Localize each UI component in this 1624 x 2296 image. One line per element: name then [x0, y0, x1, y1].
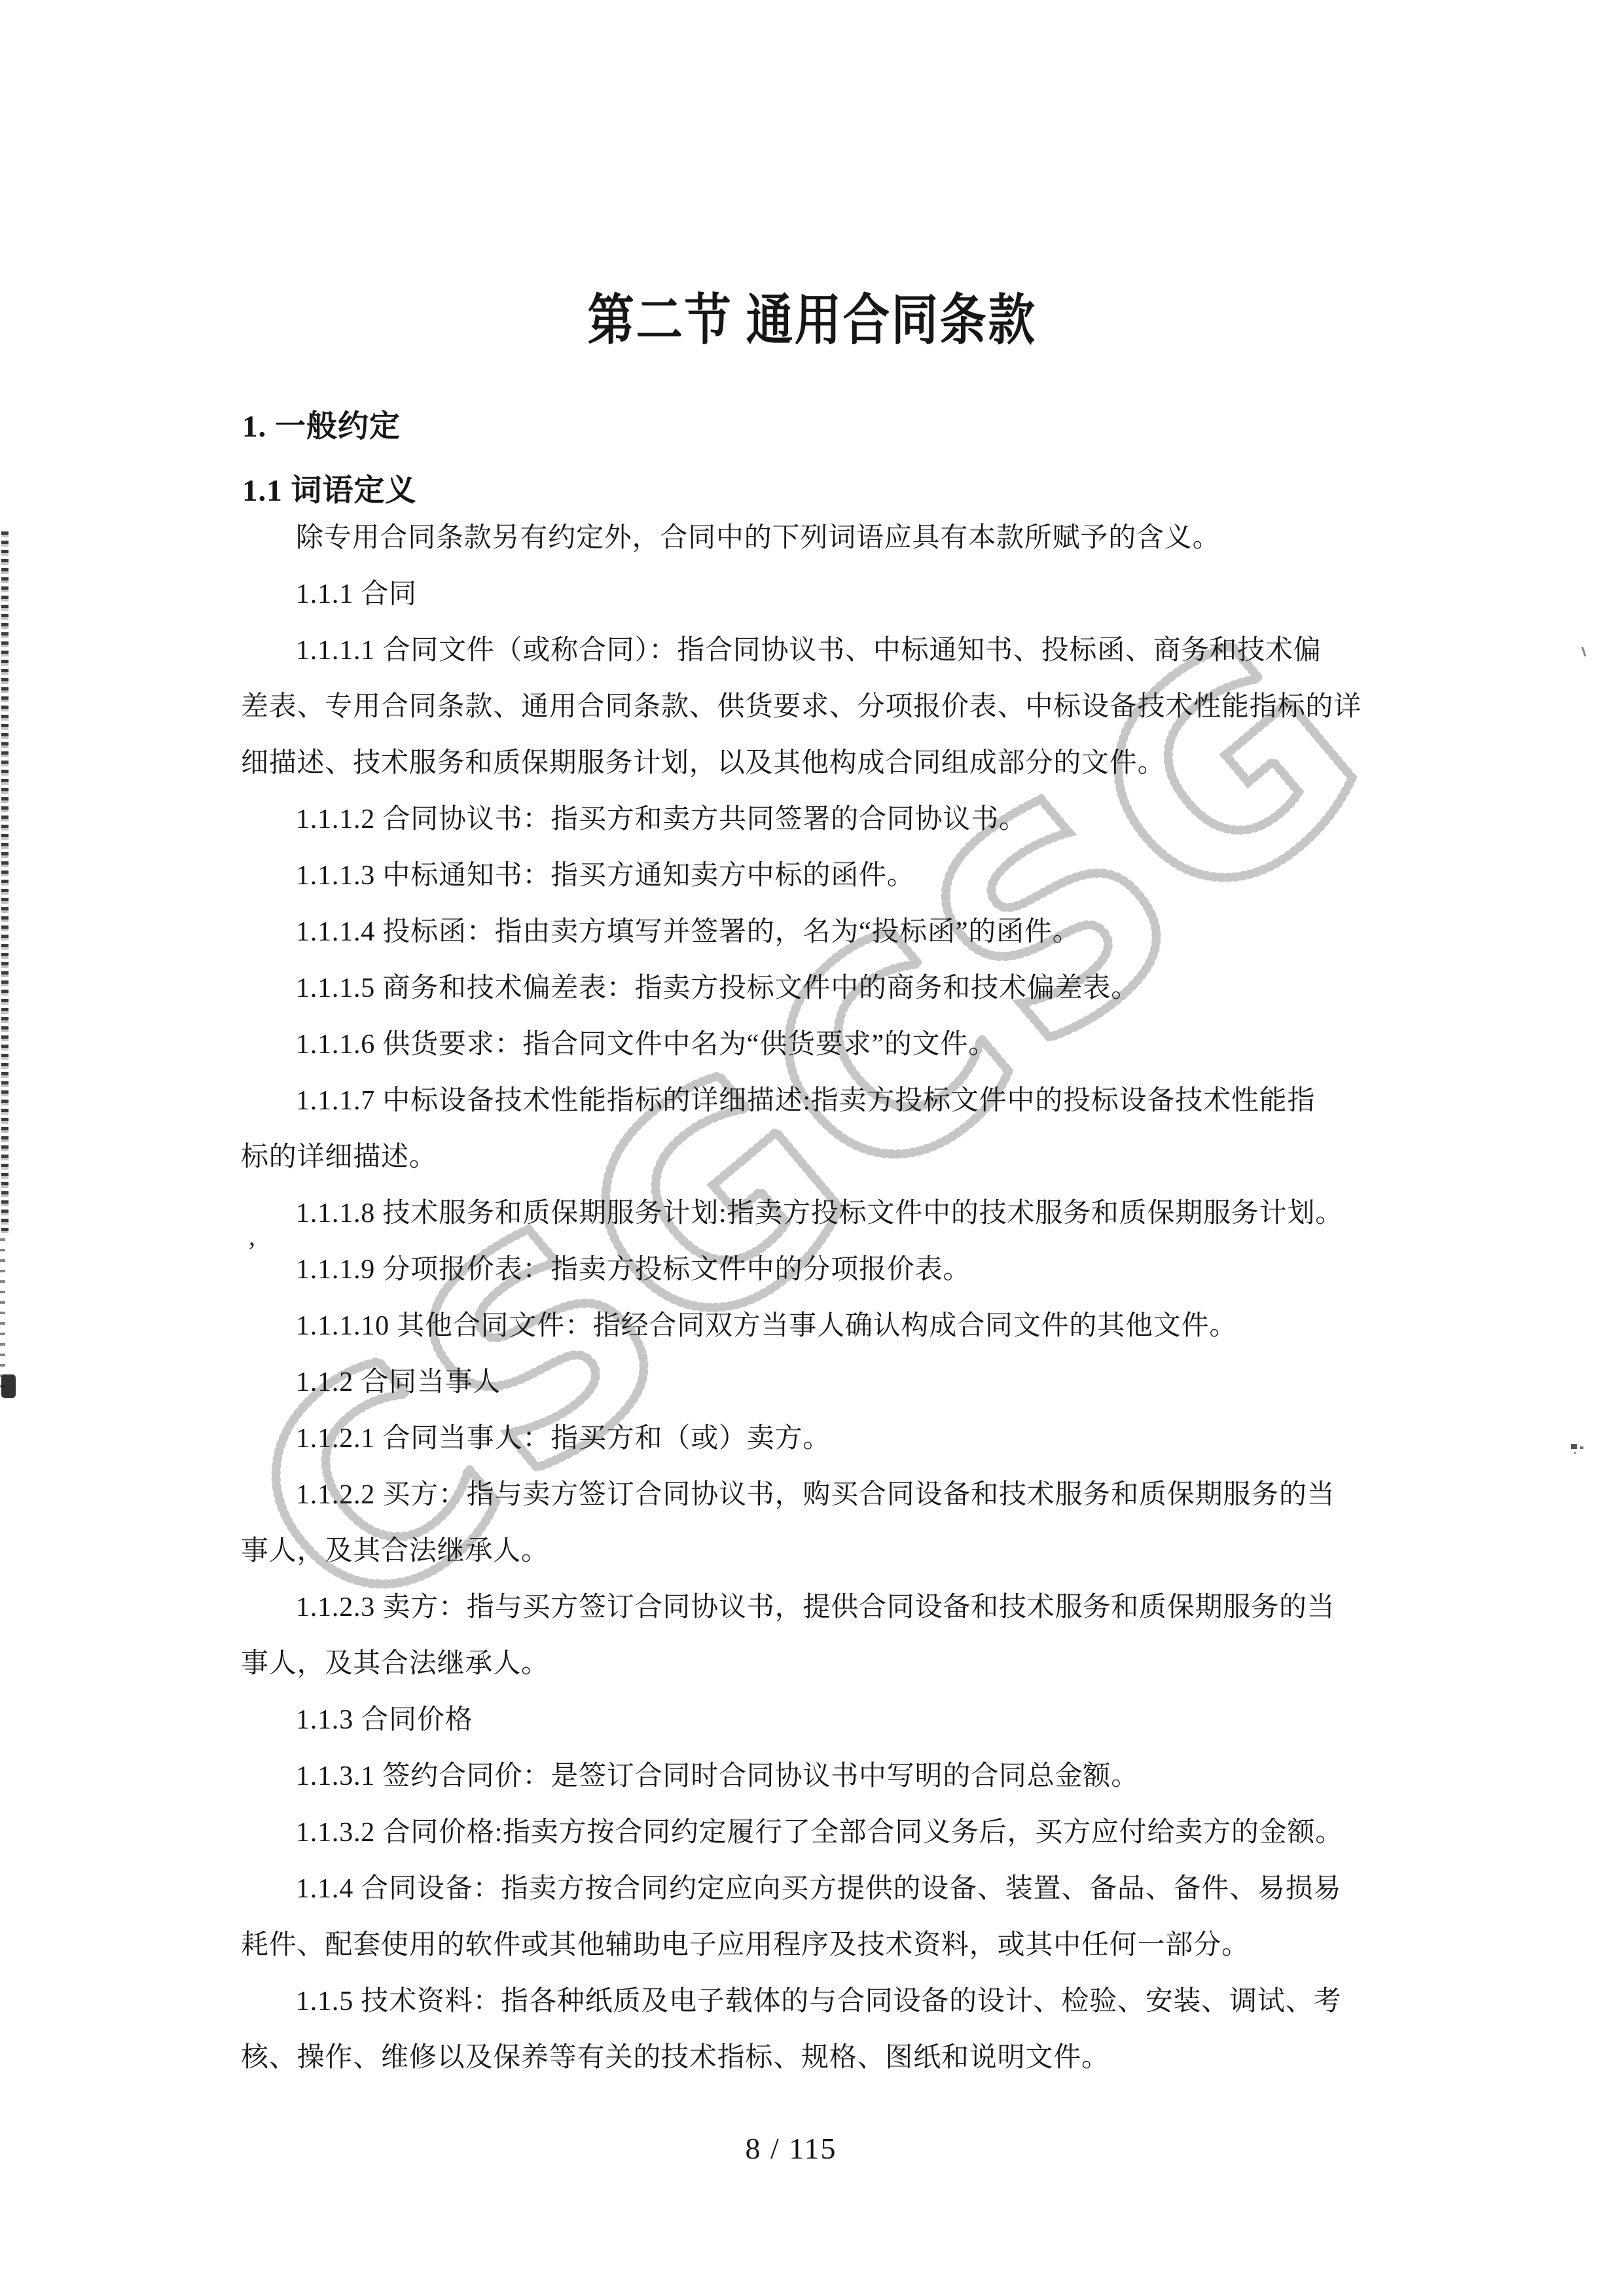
text-line: 1.1.2 合同当事人 [241, 1364, 501, 1401]
scan-edge-artifact [0, 1238, 5, 1394]
document-body: 除专用合同条款另有约定外，合同中的下列词语应具有本款所赋予的含义。1.1.1 合… [0, 0, 1624, 2296]
text-line: 除专用合同条款另有约定外，合同中的下列词语应具有本款所赋予的含义。 [241, 520, 1220, 556]
text-line: 1.1.1.6 供货要求：指合同文件中名为“供货要求”的文件。 [241, 1026, 996, 1063]
text-line: 耗件、配套使用的软件或其他辅助电子应用程序及技术资料，或其中任何一部分。 [241, 1927, 1250, 1964]
text-line: 1.1.2.3 卖方：指与买方签订合同协议书，提供合同设备和技术服务和质保期服务… [241, 1589, 1335, 1626]
text-line: 1.1.1.5 商务和技术偏差表：指卖方投标文件中的商务和技术偏差表。 [241, 970, 1139, 1007]
text-line: 核、操作、维修以及保养等有关的技术指标、规格、图纸和说明文件。 [241, 2039, 1110, 2076]
text-line: 1.1.1 合同 [241, 576, 417, 613]
text-line: 1.1.2.2 买方：指与卖方签订合同协议书，购买合同设备和技术服务和质保期服务… [241, 1477, 1335, 1513]
text-line: 1.1.3.1 签约合同价：是签订合同时合同协议书中写明的合同总金额。 [241, 1758, 1139, 1795]
text-line: 1.1.5 技术资料：指各种纸质及电子载体的与合同设备的设计、检验、安装、调试、… [241, 1983, 1341, 2020]
text-line: 1.1.1.10 其他合同文件：指经合同双方当事人确认构成合同文件的其他文件。 [241, 1308, 1237, 1344]
text-line: 1.1.1.7 中标设备技术性能指标的详细描述:指卖方投标文件中的投标设备技术性… [241, 1083, 1315, 1119]
text-line: 1.1.3.2 合同价格:指卖方按合同约定履行了全部合同义务后，买方应付给卖方的… [241, 1814, 1343, 1851]
text-line: 1.1.1.9 分项报价表：指卖方投标文件中的分项报价表。 [241, 1251, 971, 1288]
text-line: 标的详细描述。 [241, 1139, 437, 1175]
text-line: 1.1.3 合同价格 [241, 1702, 473, 1738]
text-line: 事人，及其合法继承人。 [241, 1645, 549, 1682]
document-page: CSGCSG 第二节 通用合同条款 1. 一般约定 1.1 词语定义 除专用合同… [0, 0, 1624, 2296]
scan-edge-artifact [1, 531, 9, 1233]
text-line: 1.1.1.2 合同协议书：指买方和卖方共同签署的合同协议书。 [241, 801, 1027, 838]
text-line: 1.1.1.4 投标函：指由卖方填写并签署的，名为“投标函”的函件。 [241, 914, 1080, 950]
text-line: 1.1.2.1 合同当事人：指买方和（或）卖方。 [241, 1420, 831, 1457]
text-line: 1.1.1.3 中标通知书：指买方通知卖方中标的函件。 [241, 857, 915, 894]
text-line: 1.1.1.8 技术服务和质保期服务计划:指卖方投标文件中的技术服务和质保期服务… [241, 1195, 1343, 1232]
scan-blob-artifact [1, 1374, 16, 1398]
page-number: 8 / 115 [0, 2131, 1603, 2166]
text-line: 细描述、技术服务和质保期服务计划，以及其他构成合同组成部分的文件。 [241, 745, 1165, 781]
stray-ink-mark: ’ [247, 1236, 256, 1266]
text-line: 差表、专用合同条款、通用合同条款、供货要求、分项报价表、中标设备技术性能指标的详 [241, 689, 1362, 725]
scan-speck-artifact [1571, 1444, 1577, 1449]
text-line: 事人，及其合法继承人。 [241, 1533, 549, 1570]
text-line: 1.1.1.1 合同文件（或称合同）：指合同协议书、中标通知书、投标函、商务和技… [241, 632, 1322, 669]
text-line: 1.1.4 合同设备：指卖方按合同约定应向买方提供的设备、装置、备品、备件、易损… [241, 1871, 1341, 1907]
